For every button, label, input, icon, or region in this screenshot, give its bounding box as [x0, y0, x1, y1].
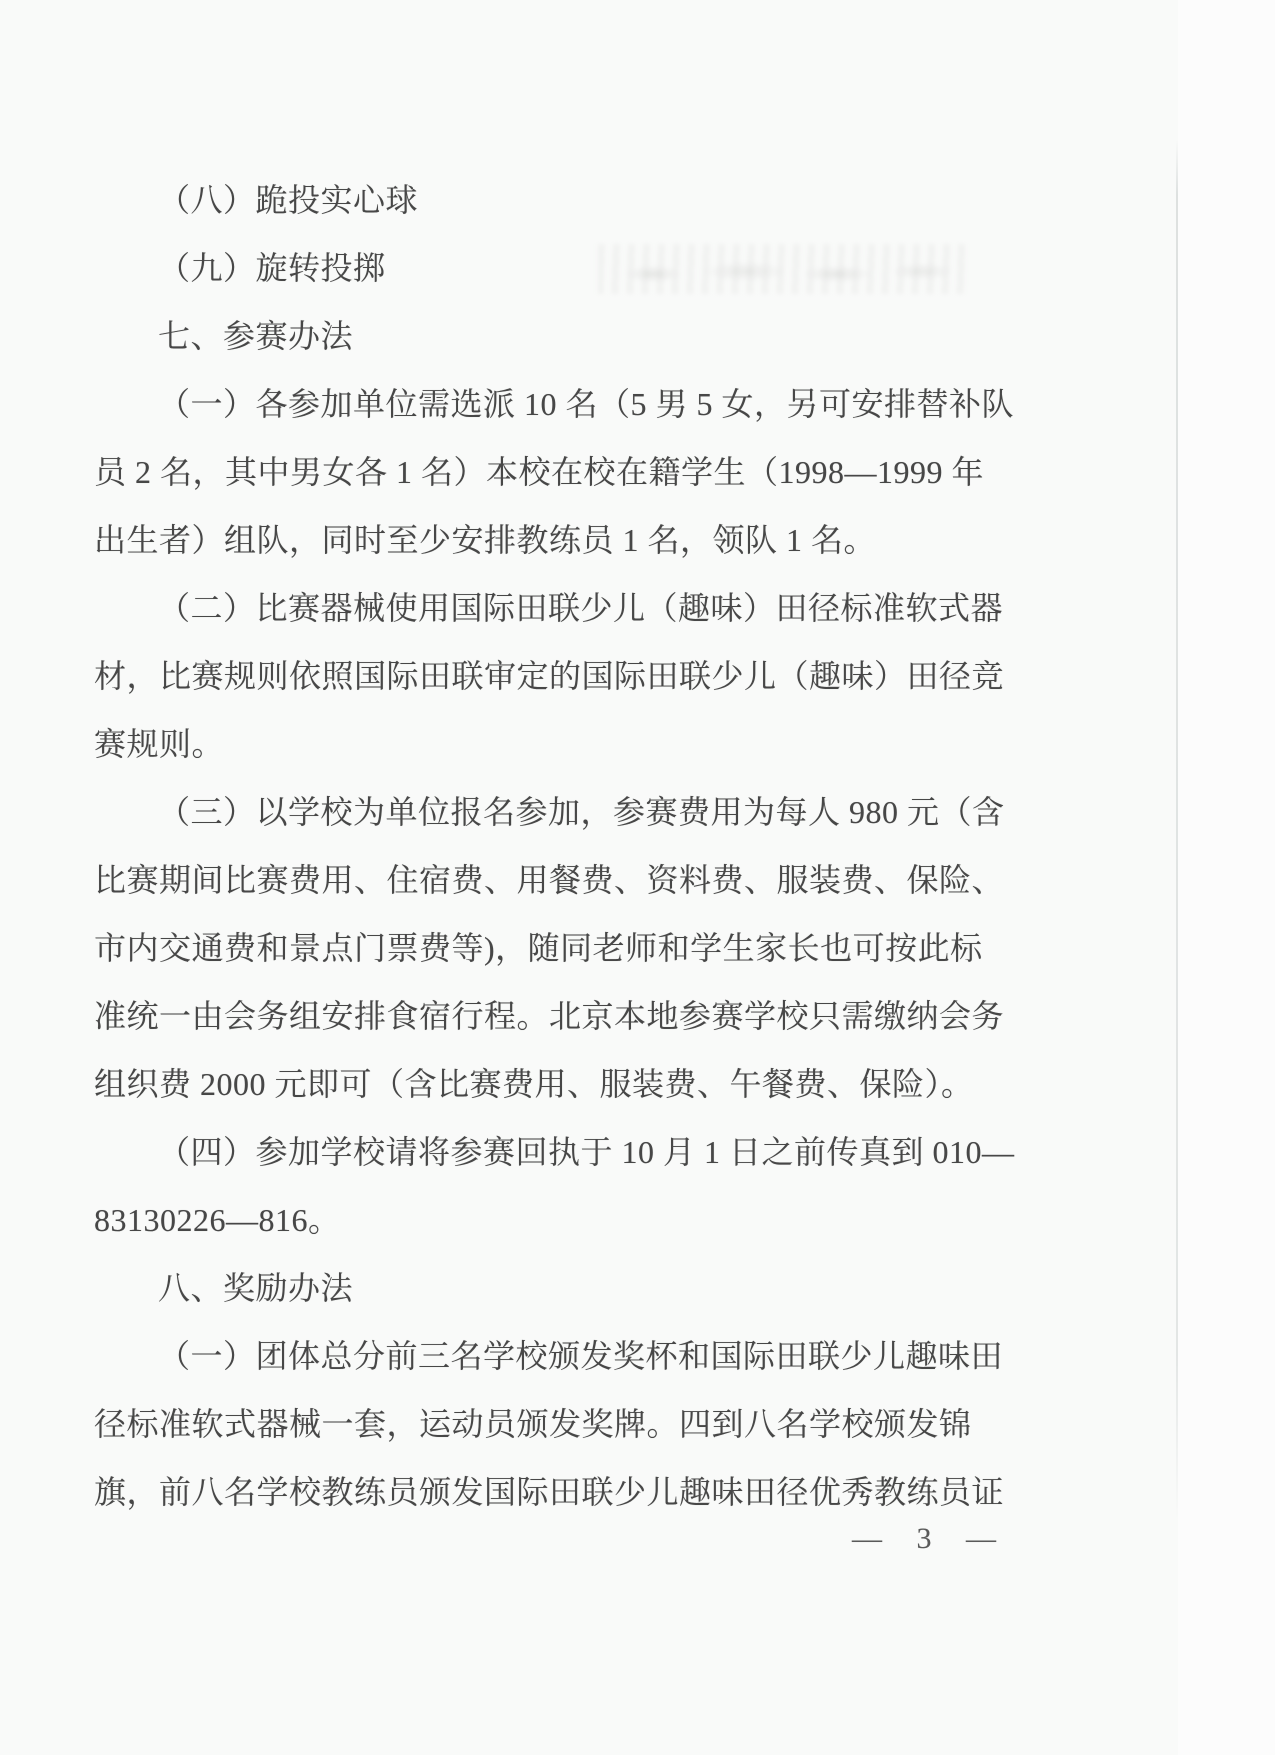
text-line: （四）参加学校请将参赛回执于 10 月 1 日之前传真到 010—: [94, 1118, 1094, 1186]
document-page: （八）跪投实心球 （九）旋转投掷 七、参赛办法 （一）各参加单位需选派 10 名…: [0, 0, 1275, 1755]
text-line: 七、参赛办法: [94, 302, 1094, 370]
text-line: （八）跪投实心球: [94, 166, 1094, 234]
text-line: （三）以学校为单位报名参加，参赛费用为每人 980 元（含: [94, 778, 1094, 846]
text-line: 径标准软式器械一套，运动员颁发奖牌。四到八名学校颁发锦: [94, 1390, 1094, 1458]
text-line: 组织费 2000 元即可（含比赛费用、服装费、午餐费、保险）。: [94, 1050, 1094, 1118]
page-number: — 3 —: [852, 1522, 1005, 1556]
text-line: 赛规则。: [94, 710, 1094, 778]
document-body: （八）跪投实心球 （九）旋转投掷 七、参赛办法 （一）各参加单位需选派 10 名…: [94, 166, 1094, 1526]
text-line: 市内交通费和景点门票费等)，随同老师和学生家长也可按此标: [94, 914, 1094, 982]
scan-artifact-vertical-line: [1176, 140, 1178, 1520]
text-line: 八、奖励办法: [94, 1254, 1094, 1322]
text-line: （九）旋转投掷: [94, 234, 1094, 302]
text-line: （一）各参加单位需选派 10 名（5 男 5 女，另可安排替补队: [94, 370, 1094, 438]
text-line: 比赛期间比赛费用、住宿费、用餐费、资料费、服装费、保险、: [94, 846, 1094, 914]
text-line: 出生者）组队，同时至少安排教练员 1 名，领队 1 名。: [94, 506, 1094, 574]
text-line: 材，比赛规则依照国际田联审定的国际田联少儿（趣味）田径竞: [94, 642, 1094, 710]
text-line: 83130226—816。: [94, 1186, 1094, 1254]
text-line: （二）比赛器械使用国际田联少儿（趣味）田径标准软式器: [94, 574, 1094, 642]
text-line: 准统一由会务组安排食宿行程。北京本地参赛学校只需缴纳会务: [94, 982, 1094, 1050]
text-line: 旗，前八名学校教练员颁发国际田联少儿趣味田径优秀教练员证: [94, 1458, 1094, 1526]
scan-brightness-strip: [1178, 0, 1275, 1755]
text-line: 员 2 名，其中男女各 1 名）本校在校在籍学生（1998—1999 年: [94, 438, 1094, 506]
text-line: （一）团体总分前三名学校颁发奖杯和国际田联少儿趣味田: [94, 1322, 1094, 1390]
